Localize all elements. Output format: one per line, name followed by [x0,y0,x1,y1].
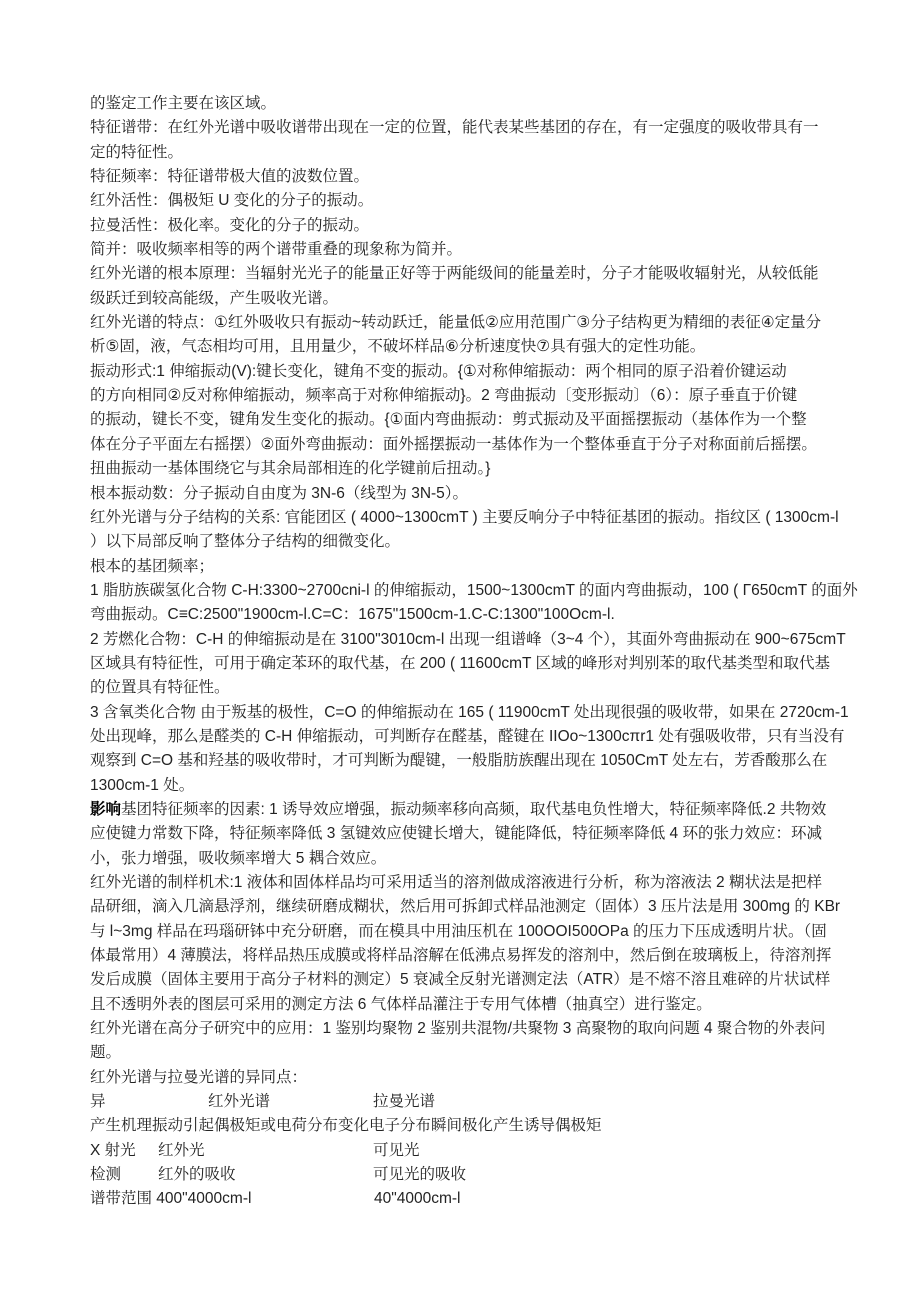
text-line: 1 脂肪族碳氢化合物 C-H:3300~2700cni-l 的伸缩振动，1500… [90,579,836,603]
text-line: 根本的基团频率； [90,555,836,579]
line-text: 品研细，滴入几滴悬浮剂，继续研磨成糊状，然后用可拆卸式样品池测定（固体）3 压片… [90,898,840,915]
line-text: 处出现峰，那么是醛类的 C-H 伸缩振动，可判断存在醛基，醛键在 IIOo~13… [90,728,844,745]
text-line: 产生机理振动引起偶极矩或电荷分布变化电子分布瞬间极化产生诱导偶极矩 [90,1114,836,1138]
table-cell: 40"4000cm-l [374,1187,461,1211]
text-line: 观察到 C=O 基和羟基的吸收带时，才可判断为醍键，一般脂肪族醒出现在 1050… [90,749,836,773]
text-line: 处出现峰，那么是醛类的 C-H 伸缩振动，可判断存在醛基，醛键在 IIOo~13… [90,725,836,749]
text-line: 体最常用）4 薄膜法，将样品热压成膜或将样品溶解在低沸点易挥发的溶剂中，然后倒在… [90,944,836,968]
line-text: 基团特征频率的因素: 1 诱导效应增强，振动频率移向高频，取代基电负性增大，特征… [121,801,826,818]
text-line: 简并：吸收频率相等的两个谱带重叠的现象称为简并。 [90,238,836,262]
line-text: 弯曲振动。C≡C:2500"1900cm-l.C=C：1675"1500cm-1… [90,606,615,623]
text-line: 根本振动数：分子振动自由度为 3N-6（线型为 3N-5）。 [90,482,836,506]
line-text: 题。 [90,1044,121,1061]
document-page: 的鉴定工作主要在该区域。特征谱带：在红外光谱中吸收谱带出现在一定的位置，能代表某… [0,0,920,1301]
text-line: 红外光谱的根本原理：当辐射光光子的能量正好等于两能级间的能量差时，分子才能吸收辐… [90,262,836,286]
text-line: 红外光谱与拉曼光谱的异同点： [90,1066,836,1090]
text-line: 且不透明外表的图层可采用的测定方法 6 气体样品灌注于专用气体槽（抽真空）进行鉴… [90,993,836,1017]
text-line: 区域具有特征性，可用于确定苯环的取代基，在 200 ( 11600cmT 区域的… [90,652,836,676]
table-row: 异红外光谱拉曼光谱 [90,1090,836,1114]
line-text: 拉曼活性：极化率。变化的分子的振动。 [90,217,369,234]
line-text: 发后成膜（固体主要用于高分子材料的测定）5 衰减全反射光谱测定法（ATR）是不熔… [90,971,830,988]
table-cell: 可见光的吸收 [373,1163,466,1187]
text-line: 发后成膜（固体主要用于高分子材料的测定）5 衰减全反射光谱测定法（ATR）是不熔… [90,968,836,992]
line-text: 体最常用）4 薄膜法，将样品热压成膜或将样品溶解在低沸点易挥发的溶剂中，然后倒在… [90,947,831,964]
table-row: 谱带范围 400"4000cm-l40"4000cm-l [90,1187,836,1211]
text-line: 的振动，键长不变，键角发生变化的振动。{①面内弯曲振动：剪式振动及平面摇摆振动（… [90,408,836,432]
line-text: 析⑤固，液，气态相均可用，且用量少，不破坏样品⑥分析速度快⑦具有强大的定性功能。 [90,338,705,355]
document-body: 的鉴定工作主要在该区域。特征谱带：在红外光谱中吸收谱带出现在一定的位置，能代表某… [90,92,836,1212]
text-line: 振动形式:1 伸缩振动(V):键长变化，键角不变的振动。{①对称伸缩振动：两个相… [90,360,836,384]
table-cell: 红外光谱 [208,1090,270,1114]
bold-text: 影响 [90,801,121,818]
table-row: X 射光红外光可见光 [90,1139,836,1163]
table-cell: 谱带范围 400"4000cm-l [90,1187,251,1211]
text-line: 小，张力增强，吸收频率增大 5 耦合效应。 [90,847,836,871]
table-cell: 可见光 [373,1139,420,1163]
line-text: 红外活性：偶极矩 U 变化的分子的振动。 [90,192,373,209]
table-cell: 异 [90,1090,106,1114]
text-line: 体在分子平面左右摇摆）②面外弯曲振动：面外摇摆振动一基体作为一个整体垂直于分子对… [90,433,836,457]
text-line: 特征频率：特征谱带极大值的波数位置。 [90,165,836,189]
text-line: 的位置具有特征性。 [90,676,836,700]
line-text: 特征频率：特征谱带极大值的波数位置。 [90,168,369,185]
text-line: 定的特征性。 [90,141,836,165]
line-text: 的位置具有特征性。 [90,679,230,696]
line-text: 特征谱带：在红外光谱中吸收谱带出现在一定的位置，能代表某些基团的存在，有一定强度… [90,119,819,136]
text-line: 影响基团特征频率的因素: 1 诱导效应增强，振动频率移向高频，取代基电负性增大，… [90,798,836,822]
text-line: 1300cm-1 处。 [90,774,836,798]
line-text: 小，张力增强，吸收频率增大 5 耦合效应。 [90,850,386,867]
line-text: 3 含氧类化合物 由于叛基的极性，C=O 的伸缩振动在 165 ( 11900c… [90,704,849,721]
line-text: 红外光谱的根本原理：当辐射光光子的能量正好等于两能级间的能量差时，分子才能吸收辐… [90,265,819,282]
table-cell: X 射光 [90,1139,136,1163]
line-text: 定的特征性。 [90,144,183,161]
text-line: 红外光谱与分子结构的关系: 官能团区 ( 4000~1300cmT ) 主要反响… [90,506,836,530]
text-line: ）以下局部反响了整体分子结构的细微变化。 [90,530,836,554]
table-cell: 拉曼光谱 [373,1090,435,1114]
text-line: 扭曲振动一基体围绕它与其余局部相连的化学键前后扭动。} [90,457,836,481]
text-line: 应使键力常数下降，特征频率降低 3 氢键效应使键长增大，键能降低，特征频率降低 … [90,822,836,846]
line-text: 红外光谱的制样机术:1 液体和固体样品均可采用适当的溶剂做成溶液进行分析，称为溶… [90,874,822,891]
line-text: 的振动，键长不变，键角发生变化的振动。{①面内弯曲振动：剪式振动及平面摇摆振动（… [90,411,807,428]
line-text: 红外光谱与拉曼光谱的异同点： [90,1069,307,1086]
text-line: 的鉴定工作主要在该区域。 [90,92,836,116]
line-text: 且不透明外表的图层可采用的测定方法 6 气体样品灌注于专用气体槽（抽真空）进行鉴… [90,996,712,1013]
text-line: 品研细，滴入几滴悬浮剂，继续研磨成糊状，然后用可拆卸式样品池测定（固体）3 压片… [90,895,836,919]
table-cell: 红外的吸收 [158,1163,236,1187]
line-text: 1 脂肪族碳氢化合物 C-H:3300~2700cni-l 的伸缩振动，1500… [90,582,858,599]
line-text: 红外光谱与分子结构的关系: 官能团区 ( 4000~1300cmT ) 主要反响… [90,509,839,526]
line-text: ）以下局部反响了整体分子结构的细微变化。 [90,533,400,550]
line-text: 的鉴定工作主要在该区域。 [90,95,276,112]
text-line: 析⑤固，液，气态相均可用，且用量少，不破坏样品⑥分析速度快⑦具有强大的定性功能。 [90,335,836,359]
text-line: 级跃迁到较高能级，产生吸收光谱。 [90,287,836,311]
text-line: 红外光谱的制样机术:1 液体和固体样品均可采用适当的溶剂做成溶液进行分析，称为溶… [90,871,836,895]
text-line: 红外光谱的特点：①红外吸收只有振动~转动跃迁，能量低②应用范围广③分子结构更为精… [90,311,836,335]
line-text: 简并：吸收频率相等的两个谱带重叠的现象称为简并。 [90,241,462,258]
text-line: 拉曼活性：极化率。变化的分子的振动。 [90,214,836,238]
text-line: 弯曲振动。C≡C:2500"1900cm-l.C=C：1675"1500cm-1… [90,603,836,627]
text-line: 的方向相同②反对称伸缩振动，频率高于对称伸缩振动}。2 弯曲振动〔变形振动〕（6… [90,384,836,408]
line-text: 观察到 C=O 基和羟基的吸收带时，才可判断为醍键，一般脂肪族醒出现在 1050… [90,752,827,769]
line-text: 1300cm-1 处。 [90,777,194,794]
line-text: 产生机理振动引起偶极矩或电荷分布变化电子分布瞬间极化产生诱导偶极矩 [90,1117,602,1134]
line-text: 与 l~3mg 样品在玛瑙研钵中充分研磨，而在模具中用油压机在 100OOI50… [90,923,827,940]
text-line: 特征谱带：在红外光谱中吸收谱带出现在一定的位置，能代表某些基团的存在，有一定强度… [90,116,836,140]
table-cell: 红外光 [158,1139,205,1163]
text-line: 红外光谱在高分子研究中的应用：1 鉴别均聚物 2 鉴别共混物/共聚物 3 高聚物… [90,1017,836,1041]
text-line: 2 芳燃化合物：C-H 的伸缩振动是在 3100"3010cm-l 出现一组谱峰… [90,628,836,652]
table-row: 检测红外的吸收可见光的吸收 [90,1163,836,1187]
line-text: 红外光谱的特点：①红外吸收只有振动~转动跃迁，能量低②应用范围广③分子结构更为精… [90,314,821,331]
text-line: 红外活性：偶极矩 U 变化的分子的振动。 [90,189,836,213]
line-text: 的方向相同②反对称伸缩振动，频率高于对称伸缩振动}。2 弯曲振动〔变形振动〕（6… [90,387,797,404]
table-cell: 检测 [90,1163,121,1187]
line-text: 根本振动数：分子振动自由度为 3N-6（线型为 3N-5）。 [90,485,468,502]
text-line: 题。 [90,1041,836,1065]
line-text: 振动形式:1 伸缩振动(V):键长变化，键角不变的振动。{①对称伸缩振动：两个相… [90,363,787,380]
text-line: 与 l~3mg 样品在玛瑙研钵中充分研磨，而在模具中用油压机在 100OOI50… [90,920,836,944]
line-text: 区域具有特征性，可用于确定苯环的取代基，在 200 ( 11600cmT 区域的… [90,655,830,672]
line-text: 2 芳燃化合物：C-H 的伸缩振动是在 3100"3010cm-l 出现一组谱峰… [90,631,846,648]
line-text: 扭曲振动一基体围绕它与其余局部相连的化学键前后扭动。} [90,460,490,477]
line-text: 体在分子平面左右摇摆）②面外弯曲振动：面外摇摆振动一基体作为一个整体垂直于分子对… [90,436,817,453]
line-text: 级跃迁到较高能级，产生吸收光谱。 [90,290,338,307]
line-text: 应使键力常数下降，特征频率降低 3 氢键效应使键长增大，键能降低，特征频率降低 … [90,825,822,842]
line-text: 根本的基团频率； [90,558,214,575]
line-text: 红外光谱在高分子研究中的应用：1 鉴别均聚物 2 鉴别共混物/共聚物 3 高聚物… [90,1020,825,1037]
text-line: 3 含氧类化合物 由于叛基的极性，C=O 的伸缩振动在 165 ( 11900c… [90,701,836,725]
